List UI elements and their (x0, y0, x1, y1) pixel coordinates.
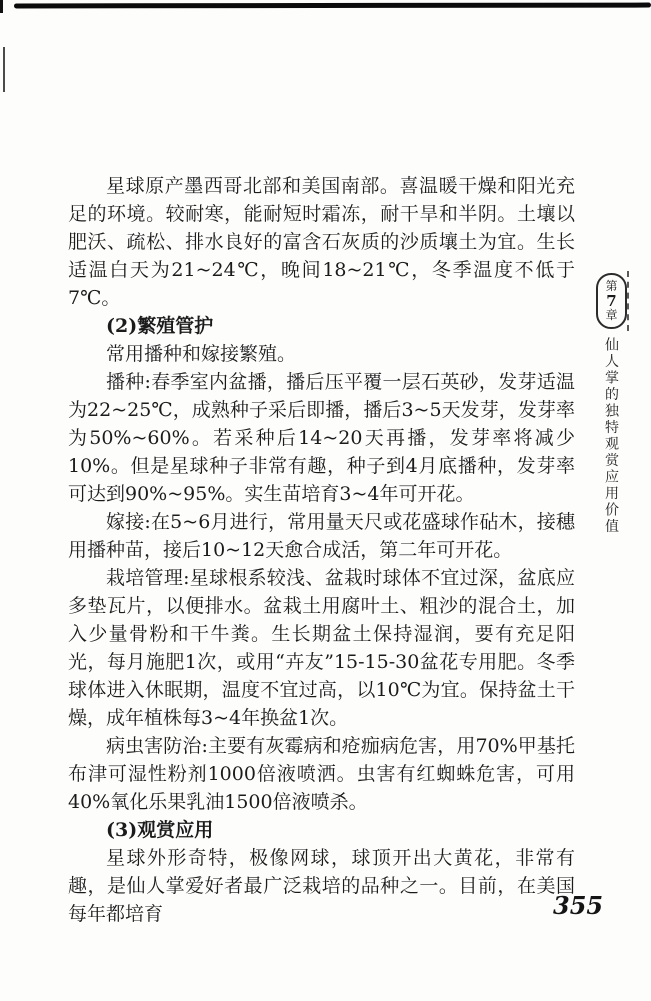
book-page-scan: 星球原产墨西哥北部和美国南部。喜温暖干燥和阳光充足的环境。较耐寒，能耐短时霜冻，… (0, 0, 651, 1001)
chapter-number-label: 7 (606, 293, 616, 309)
para-pest-control: 病虫害防治:主要有灰霉病和疮痂病危害，用70%甲基托布津可湿性粉剂1000倍液喷… (68, 732, 575, 816)
scan-artifact-mark-left (3, 47, 5, 92)
para-sowing: 播种:春季室内盆播，播后压平覆一层石英砂，发芽适温为22~25℃，成熟种子采后即… (68, 368, 575, 508)
chapter-tab-dashed-line (627, 271, 629, 331)
para-propagation-methods: 常用播种和嫁接繁殖。 (68, 340, 575, 368)
chapter-suffix-label: 章 (605, 309, 617, 322)
heading-propagation-care: (2)繁殖管护 (68, 312, 575, 340)
scan-artifact-mark-top (0, 0, 3, 13)
para-origin-environment: 星球原产墨西哥北部和美国南部。喜温暖干燥和阳光充足的环境。较耐寒，能耐短时霜冻，… (68, 172, 575, 312)
body-text-column: 星球原产墨西哥北部和美国南部。喜温暖干燥和阳光充足的环境。较耐寒，能耐短时霜冻，… (68, 172, 575, 928)
scan-top-edge-line (14, 3, 651, 9)
para-grafting: 嫁接:在5~6月进行，常用量天尺或花盛球作砧木，接穗用播种苗，接后10~12天愈… (68, 508, 575, 564)
page-number: 355 (553, 891, 603, 920)
para-ornamental-description: 星球外形奇特，极像网球，球顶开出大黄花，非常有趣，是仙人掌爱好者最广泛栽培的品种… (68, 844, 575, 928)
chapter-title-vertical: 仙人掌的独特观赏应用价值 (600, 337, 622, 537)
heading-ornamental-use: (3)观赏应用 (68, 816, 575, 844)
para-cultivation-management: 栽培管理:星球根系较浅、盆栽时球体不宜过深，盆底应多垫瓦片，以便排水。盆栽土用腐… (68, 564, 575, 732)
chapter-number-badge: 第 7 章 (596, 273, 627, 329)
